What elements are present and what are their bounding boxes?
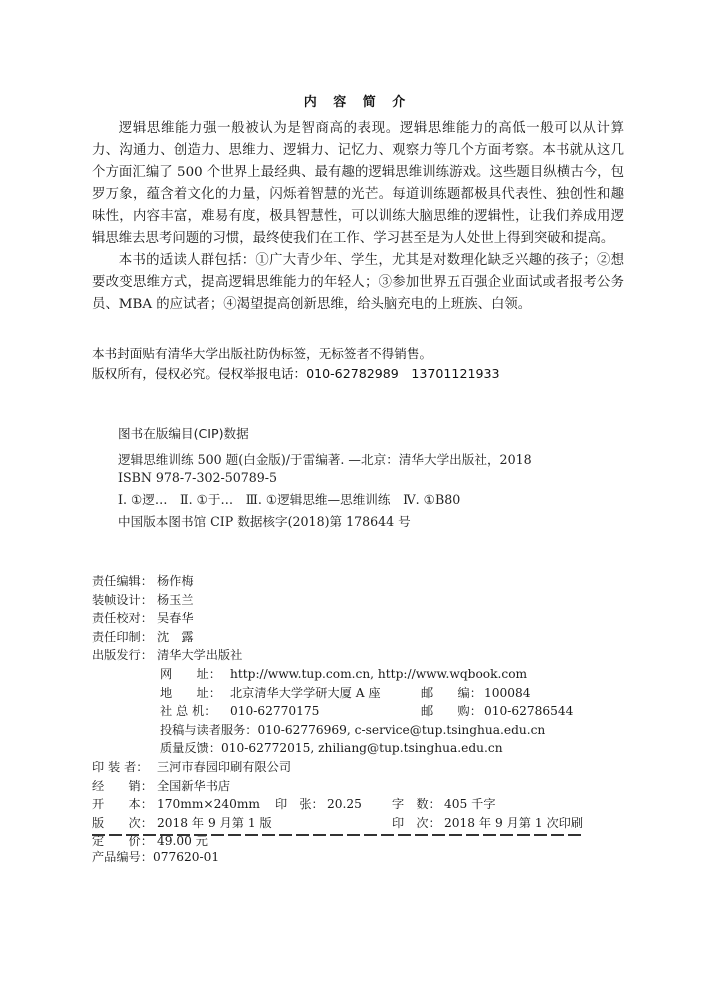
- credit-label: 邮 购：: [421, 702, 484, 721]
- credit-label: 出版发行：: [92, 646, 157, 665]
- credit-label: 投稿与读者服务：: [160, 721, 258, 740]
- credit-value: 2018 年 9 月第 1 版: [157, 814, 272, 833]
- credit-row-printer: 印 装 者：三河市春园印刷有限公司: [92, 758, 652, 777]
- word-count-field: 字 数：405 千字: [392, 795, 496, 814]
- credits-block: 责任编辑：杨作梅 装帧设计：杨玉兰 责任校对：吴春华 责任印制：沈 露 出版发行…: [92, 572, 652, 851]
- credit-label: 责任印制：: [92, 628, 157, 647]
- summary-title: 内 容 简 介: [0, 91, 715, 110]
- credit-row-design: 装帧设计：杨玉兰: [92, 591, 652, 610]
- credit-value: 全国新华书店: [157, 777, 230, 796]
- credit-value: 杨玉兰: [157, 591, 194, 610]
- credit-value: 010-62770175: [230, 702, 319, 721]
- credit-row-distributor: 经 销：全国新华书店: [92, 777, 652, 796]
- product-code: 产品编号：077620-01: [92, 848, 219, 865]
- credit-value: 2018 年 9 月第 1 次印刷: [444, 814, 583, 833]
- credit-label: 版 次：: [92, 814, 157, 833]
- credit-value: 170mm×240mm: [157, 795, 260, 814]
- credit-row-publisher: 出版发行：清华大学出版社: [92, 646, 652, 665]
- credit-value: 沈 露: [157, 628, 194, 647]
- credit-value: 清华大学出版社: [157, 646, 242, 665]
- credit-label: 邮 编：: [421, 684, 484, 703]
- credit-row-reader-service: 投稿与读者服务：010-62776969, c-service@tup.tsin…: [92, 721, 652, 740]
- credit-value: 三河市春园印刷有限公司: [157, 758, 291, 777]
- postcode-field: 邮 编：100084: [421, 684, 531, 703]
- credit-label: 社 总 机：: [160, 702, 230, 721]
- credit-label: 字 数：: [392, 795, 444, 814]
- credit-value: 20.25: [327, 795, 362, 814]
- dashed-divider: [92, 834, 582, 836]
- cip-check-number: 中国版本图书馆 CIP 数据核字(2018)第 178644 号: [118, 513, 638, 531]
- product-code-label: 产品编号：: [92, 848, 153, 865]
- reader-service-contact[interactable]: 010-62776969, c-service@tup.tsinghua.edu…: [258, 721, 546, 740]
- credit-label: 质量反馈：: [160, 739, 221, 758]
- credit-label: 装帧设计：: [92, 591, 157, 610]
- copyright-notice: 本书封面贴有清华大学出版社防伪标签，无标签者不得销售。 版权所有，侵权必究。侵权…: [92, 344, 632, 384]
- credit-value: 100084: [484, 684, 531, 703]
- cip-record: 逻辑思维训练 500 题(白金版)/于雷编著. —北京：清华大学出版社，2018: [118, 451, 638, 469]
- credit-row-printing: 责任印制：沈 露: [92, 628, 652, 647]
- credit-row-quality: 质量反馈：010-62772015, zhiliang@tup.tsinghua…: [92, 739, 652, 758]
- credit-row-address: 地 址：北京清华大学学研大厦 A 座 邮 编：100084: [92, 684, 652, 703]
- credit-label: 责任校对：: [92, 609, 157, 628]
- credit-row-proofread: 责任校对：吴春华: [92, 609, 652, 628]
- credit-label: 印 张：: [275, 795, 327, 814]
- credit-row-website: 网 址：http://www.tup.com.cn, http://www.wq…: [92, 665, 652, 684]
- credit-value: 杨作梅: [157, 572, 194, 591]
- cip-heading: 图书在版编目(CIP)数据: [118, 425, 638, 443]
- summary-section: 逻辑思维能力强一般被认为是智商高的表现。逻辑思维能力的高低一般可以从计算力、沟通…: [92, 118, 624, 316]
- cip-data-block: 图书在版编目(CIP)数据 逻辑思维训练 500 题(白金版)/于雷编著. —北…: [118, 425, 638, 531]
- summary-paragraph: 逻辑思维能力强一般被认为是智商高的表现。逻辑思维能力的高低一般可以从计算力、沟通…: [92, 118, 624, 250]
- credit-label: 地 址：: [160, 684, 230, 703]
- cip-isbn: ISBN 978-7-302-50789-5: [118, 469, 638, 487]
- credit-value: 北京清华大学学研大厦 A 座: [230, 684, 381, 703]
- credit-label: 开 本：: [92, 795, 157, 814]
- mail-order-field: 邮 购：010-62786544: [421, 702, 573, 721]
- sheets-field: 印 张：20.25: [275, 795, 362, 814]
- anti-counterfeit-notice: 本书封面贴有清华大学出版社防伪标签，无标签者不得销售。: [92, 344, 632, 364]
- credit-label: 印 装 者：: [92, 758, 157, 777]
- credit-value: 405 千字: [444, 795, 496, 814]
- website-links[interactable]: http://www.tup.com.cn, http://www.wqbook…: [230, 665, 527, 684]
- cip-classification: Ⅰ. ①逻… Ⅱ. ①于… Ⅲ. ①逻辑思维—思维训练 Ⅳ. ①B80: [118, 491, 638, 509]
- credit-label: 经 销：: [92, 777, 157, 796]
- impression-field: 印 次：2018 年 9 月第 1 次印刷: [392, 814, 583, 833]
- credit-row-switchboard: 社 总 机：010-62770175 邮 购：010-62786544: [92, 702, 652, 721]
- credit-label: 网 址：: [160, 665, 230, 684]
- credit-value: 吴春华: [157, 609, 194, 628]
- piracy-report-line: 版权所有，侵权必究。侵权举报电话：010-62782989 1370112193…: [92, 364, 632, 384]
- credit-row-editor: 责任编辑：杨作梅: [92, 572, 652, 591]
- product-code-value: 077620-01: [153, 850, 219, 864]
- summary-paragraph: 本书的适读人群包括：①广大青少年、学生，尤其是对数理化缺乏兴趣的孩子；②想要改变…: [92, 250, 624, 316]
- credit-row-edition: 版 次：2018 年 9 月第 1 版 印 次：2018 年 9 月第 1 次印…: [92, 814, 652, 833]
- credit-label: 印 次：: [392, 814, 444, 833]
- credit-label: 责任编辑：: [92, 572, 157, 591]
- quality-feedback-contact[interactable]: 010-62772015, zhiliang@tup.tsinghua.edu.…: [221, 739, 503, 758]
- credit-row-format: 开 本：170mm×240mm 印 张：20.25 字 数：405 千字: [92, 795, 652, 814]
- credit-value: 010-62786544: [484, 702, 573, 721]
